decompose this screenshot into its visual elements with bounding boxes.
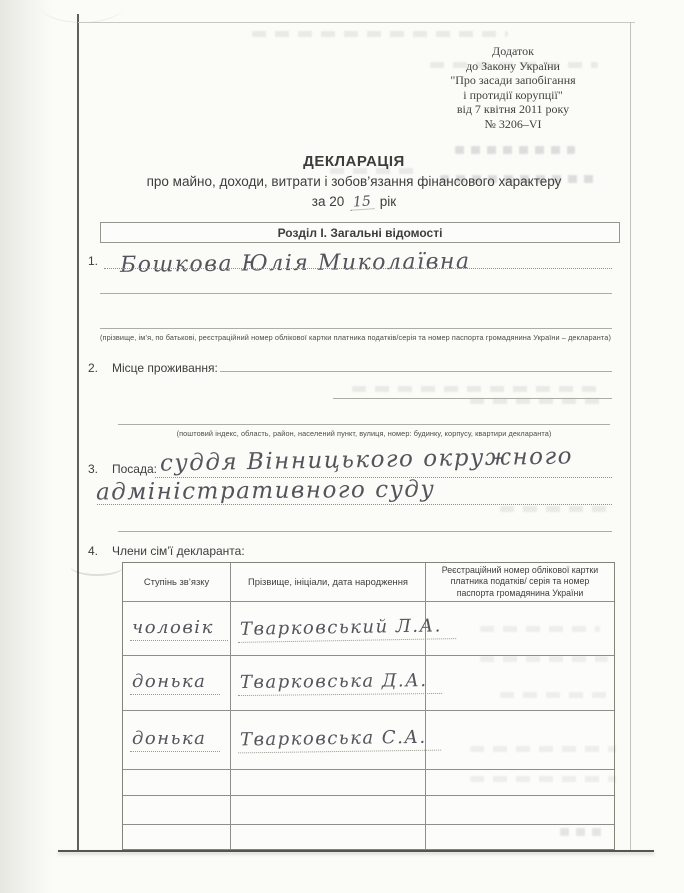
item3-number: 3.: [88, 462, 98, 476]
item1-caption: (прізвище, ім’я, по батькові, реєстрацій…: [83, 333, 628, 342]
table-row: чоловік Тварковський Л.А.: [123, 601, 614, 655]
relation-cell-empty: [123, 825, 231, 849]
item3-handwritten-line1: суддя Вінницького окружного: [160, 443, 573, 476]
declaration-scan-page: Додаток до Закону України "Про засади за…: [0, 0, 684, 893]
name-cell: Тварковська Д.А.: [231, 656, 426, 710]
table-empty-row: [123, 824, 614, 849]
item3-handwritten-line2: адміністративного суду: [96, 477, 435, 506]
header-name: Прізвище, ініціали, дата народження: [231, 563, 426, 601]
scan-edge-shadow: [0, 0, 54, 893]
relation-handwritten: донька: [130, 728, 220, 752]
year-prefix: за 20: [312, 194, 344, 209]
name-handwritten: Тварковська Д.А.: [238, 670, 442, 696]
name-handwritten: Тварковська С.А.: [238, 727, 441, 754]
relation-cell: донька: [123, 711, 231, 769]
page-frame-left-line: [77, 14, 79, 852]
appendix-line: до Закону України: [397, 59, 629, 74]
relation-cell-empty: [123, 796, 231, 824]
family-table: Ступінь зв’язку Прізвище, ініціали, дата…: [122, 562, 615, 850]
table-empty-row: [123, 795, 614, 824]
item4-number: 4.: [88, 544, 98, 558]
relation-cell: донька: [123, 656, 231, 710]
form-subtitle: про майно, доходи, витрати і зобов’язанн…: [78, 174, 630, 189]
page-frame-bottom-line: [58, 850, 654, 852]
section1-header-box: Розділ І. Загальні відомості: [100, 222, 620, 243]
bleedthrough-mark: [352, 386, 600, 392]
item3-writing-line-2: [97, 504, 612, 505]
item2-label: Місце проживання:: [112, 361, 218, 375]
item1-writing-line-1: [104, 268, 612, 269]
appendix-line: і протидії корупції": [397, 88, 629, 103]
item1-handwritten-name: Бошкова Юлія Миколаївна: [120, 249, 471, 278]
year-line: за 20 15 рік: [78, 194, 630, 210]
item1-writing-line-3: [100, 328, 612, 329]
relation-cell: чоловік: [123, 602, 231, 655]
item1-writing-line-2: [100, 293, 612, 294]
reg-number-cell-empty: [426, 825, 614, 849]
section1-title: Розділ І. Загальні відомості: [278, 226, 443, 240]
table-row: донька Тварковська С.А.: [123, 710, 614, 769]
item1-number: 1.: [88, 254, 98, 268]
appendix-note: Додаток до Закону України "Про засади за…: [397, 44, 629, 132]
header-reg-number: Реєстраційний номер облікової картки пла…: [426, 563, 614, 601]
name-cell: Тварковський Л.А.: [231, 602, 426, 655]
page-frame-right-line: [630, 22, 631, 852]
header-relation: Ступінь зв’язку: [123, 563, 231, 601]
family-table-header-row: Ступінь зв’язку Прізвище, ініціали, дата…: [123, 563, 614, 601]
item2-writing-line-3: [118, 424, 610, 425]
item2-number: 2.: [88, 361, 98, 375]
item2-writing-line-2: [333, 398, 612, 399]
name-handwritten: Тварковський Л.А.: [238, 615, 456, 643]
bleedthrough-mark: [252, 31, 508, 37]
reg-number-cell-empty: [426, 796, 614, 824]
reg-number-cell: [426, 656, 614, 710]
reg-number-cell: [426, 711, 614, 769]
appendix-line: "Про засади запобігання: [397, 73, 629, 88]
bleedthrough-mark: [500, 506, 610, 512]
item3-label: Посада:: [112, 462, 157, 476]
name-cell-empty: [231, 825, 426, 849]
name-cell: Тварковська С.А.: [231, 711, 426, 769]
form-title: ДЕКЛАРАЦІЯ: [78, 153, 630, 170]
item2-caption: (поштовий індекс, область, район, населе…: [104, 429, 624, 438]
appendix-line: Додаток: [397, 44, 629, 59]
appendix-line: № 3206–VI: [397, 117, 629, 132]
table-row: донька Тварковська Д.А.: [123, 655, 614, 710]
item3-writing-line-3: [118, 531, 612, 532]
relation-handwritten: донька: [130, 671, 220, 695]
reg-number-cell-empty: [426, 770, 614, 795]
item4-label: Члени сім’ї декларанта:: [112, 544, 245, 558]
year-suffix: рік: [380, 194, 396, 209]
name-cell-empty: [231, 796, 426, 824]
appendix-line: від 7 квітня 2011 року: [397, 102, 629, 117]
relation-cell-empty: [123, 770, 231, 795]
table-empty-row: [123, 769, 614, 795]
item2-writing-line-1: [220, 371, 612, 372]
year-value-handwritten: 15: [350, 195, 375, 211]
relation-handwritten: чоловік: [130, 617, 228, 641]
page-frame-top-line: [78, 22, 635, 23]
name-cell-empty: [231, 770, 426, 795]
